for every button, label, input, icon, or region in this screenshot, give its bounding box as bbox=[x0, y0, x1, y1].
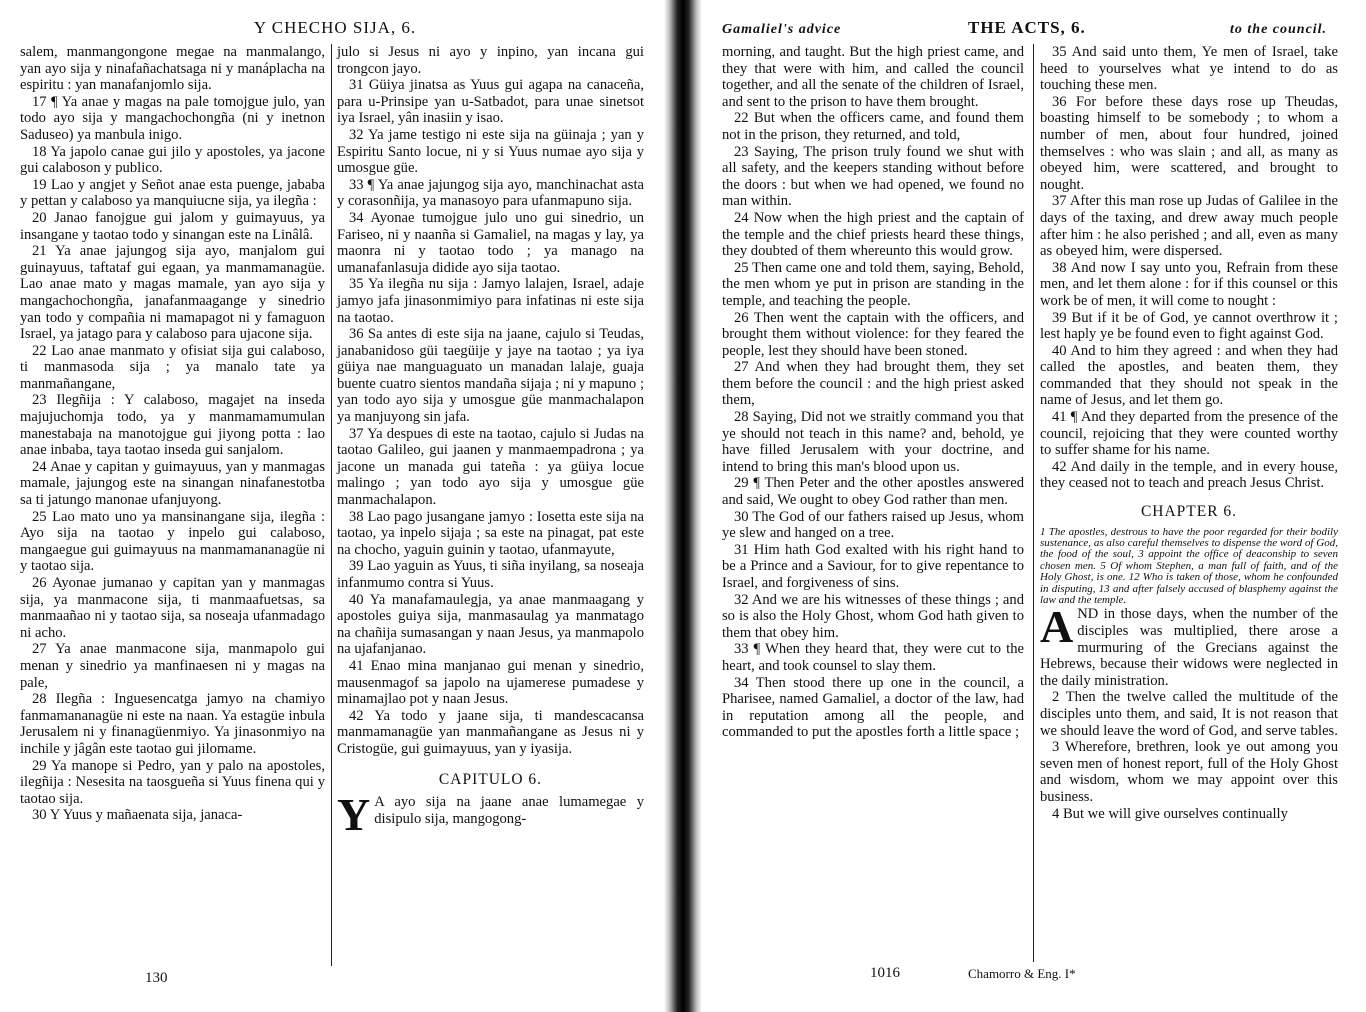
verse: 35 Ya ilegña nu sija : Jamyo lalajen, Is… bbox=[337, 276, 644, 326]
page-number: 1016 bbox=[870, 965, 900, 982]
running-head-center: THE ACTS, 6. bbox=[968, 18, 1086, 38]
left-running-head: Y CHECHO SIJA, 6. bbox=[0, 18, 670, 38]
printer-signature: Chamorro & Eng. I* bbox=[968, 966, 1076, 982]
running-head-left: Gamaliel's advice bbox=[722, 22, 841, 38]
verse: 33 ¶ Ya anae jajungog sija ayo, manchina… bbox=[337, 177, 644, 210]
verse: 39 Lao yaguin as Yuus, ti siña inyilang,… bbox=[337, 558, 644, 591]
verse: 23 Saying, The prison truly found we shu… bbox=[722, 144, 1024, 210]
verse: 32 And we are his witnesses of these thi… bbox=[722, 592, 1024, 642]
right-page: Gamaliel's advice THE ACTS, 6. to the co… bbox=[700, 0, 1366, 1012]
verse: 35 And said unto them, Ye men of Israel,… bbox=[1040, 44, 1338, 94]
verse: 31 Him hath God exalted with his right h… bbox=[722, 542, 1024, 592]
left-column-2: julo si Jesus ni ayo y inpino, yan incan… bbox=[337, 44, 644, 834]
verse: 27 And when they had brought them, they … bbox=[722, 359, 1024, 409]
verse: 19 Lao y angjet y Señot anae esta puenge… bbox=[20, 177, 325, 210]
page-number: 130 bbox=[145, 970, 168, 987]
drop-cap: Y bbox=[337, 796, 370, 834]
chapter-heading: CAPITULO 6. bbox=[337, 772, 644, 789]
right-column-2: 35 And said unto them, Ye men of Israel,… bbox=[1040, 44, 1338, 822]
chapter-opening: AND in those days, when the number of th… bbox=[1040, 606, 1338, 689]
verse: 37 After this man rose up Judas of Galil… bbox=[1040, 193, 1338, 259]
verse: 36 Sa antes di este sija na jaane, cajul… bbox=[337, 326, 644, 426]
column-rule bbox=[331, 44, 332, 966]
verse: 30 The God of our fathers raised up Jesu… bbox=[722, 509, 1024, 542]
verse: 40 Ya manafamaulegja, ya anae manmaagang… bbox=[337, 592, 644, 658]
verse: 22 But when the officers came, and found… bbox=[722, 110, 1024, 143]
verse: 2 Then the twelve called the multitude o… bbox=[1040, 689, 1338, 739]
verse: 20 Janao fanojgue gui jalom y guimayuus,… bbox=[20, 210, 325, 243]
verse: 30 Y Yuus y mañaenata sija, janaca- bbox=[20, 807, 325, 824]
drop-cap: A bbox=[1040, 608, 1073, 646]
verse: 38 Lao pago jusangane jamyo : Iosetta es… bbox=[337, 509, 644, 559]
verse: 24 Anae y capitan y guimayuus, yan y man… bbox=[20, 459, 325, 509]
chapter-summary: 1 The apostles, destrous to have the poo… bbox=[1040, 527, 1338, 607]
verse: 26 Ayonae jumanao y capitan yan y manmag… bbox=[20, 575, 325, 641]
verse: 37 Ya despues di este na taotao, cajulo … bbox=[337, 426, 644, 509]
verse: 39 But if it be of God, ye cannot overth… bbox=[1040, 310, 1338, 343]
verse: 36 For before these days rose up Theudas… bbox=[1040, 94, 1338, 194]
running-head-right: to the council. bbox=[1230, 22, 1327, 38]
right-column-1: morning, and taught. But the high priest… bbox=[722, 44, 1024, 741]
verse: 33 ¶ When they heard that, they were cut… bbox=[722, 641, 1024, 674]
verse: 28 Ilegña : Inguesencatga jamyo na chami… bbox=[20, 691, 325, 757]
verse: 21 Ya anae jajungog sija ayo, manjalom g… bbox=[20, 243, 325, 343]
verse: 40 And to him they agreed : and when the… bbox=[1040, 343, 1338, 409]
verse: 34 Then stood there up one in the counci… bbox=[722, 675, 1024, 741]
book-gutter bbox=[664, 0, 702, 1012]
verse: 24 Now when the high priest and the capt… bbox=[722, 210, 1024, 260]
column-rule bbox=[1033, 44, 1034, 962]
verse: 23 Ilegñija : Y calaboso, magajet na ins… bbox=[20, 392, 325, 458]
chapter-heading: CHAPTER 6. bbox=[1040, 504, 1338, 521]
verse: 27 Ya anae manmacone sija, manmapolo gui… bbox=[20, 641, 325, 691]
left-page: Y CHECHO SIJA, 6. salem, manmangongone m… bbox=[0, 0, 670, 1012]
verse: julo si Jesus ni ayo y inpino, yan incan… bbox=[337, 44, 644, 77]
verse: 28 Saying, Did not we straitly command y… bbox=[722, 409, 1024, 475]
verse: 42 Ya todo y jaane sija, ti mandescacans… bbox=[337, 708, 644, 758]
verse: salem, manmangongone megae na manmalango… bbox=[20, 44, 325, 94]
verse: 29 Ya manope si Pedro, yan y palo na apo… bbox=[20, 758, 325, 808]
verse: 3 Wherefore, brethren, look ye out among… bbox=[1040, 739, 1338, 805]
verse: 32 Ya jame testigo ni este sija na güina… bbox=[337, 127, 644, 177]
left-column-1: salem, manmangongone megae na manmalango… bbox=[20, 44, 325, 824]
verse: 26 Then went the captain with the office… bbox=[722, 310, 1024, 360]
verse: 31 Güiya jinatsa as Yuus gui agapa na ca… bbox=[337, 77, 644, 127]
verse: 22 Lao anae manmato y ofisiat sija gui c… bbox=[20, 343, 325, 393]
verse: 42 And daily in the temple, and in every… bbox=[1040, 459, 1338, 492]
verse: 34 Ayonae tumojgue julo uno gui sinedrio… bbox=[337, 210, 644, 276]
verse: 38 And now I say unto you, Refrain from … bbox=[1040, 260, 1338, 310]
verse: morning, and taught. But the high priest… bbox=[722, 44, 1024, 110]
verse: 41 Enao mina manjanao gui menan y sinedr… bbox=[337, 658, 644, 708]
verse: 17 ¶ Ya anae y magas na pale tomojgue ju… bbox=[20, 94, 325, 144]
verse: 25 Then came one and told them, saying, … bbox=[722, 260, 1024, 310]
verse: 18 Ya japolo canae gui jilo y apostoles,… bbox=[20, 144, 325, 177]
verse: 41 ¶ And they departed from the presence… bbox=[1040, 409, 1338, 459]
verse: 4 But we will give ourselves continually bbox=[1040, 806, 1338, 823]
verse: 25 Lao mato uno ya mansinangane sija, il… bbox=[20, 509, 325, 575]
chapter-opening: YA ayo sija na jaane anae lumamegae y di… bbox=[337, 794, 644, 827]
verse: 29 ¶ Then Peter and the other apostles a… bbox=[722, 475, 1024, 508]
